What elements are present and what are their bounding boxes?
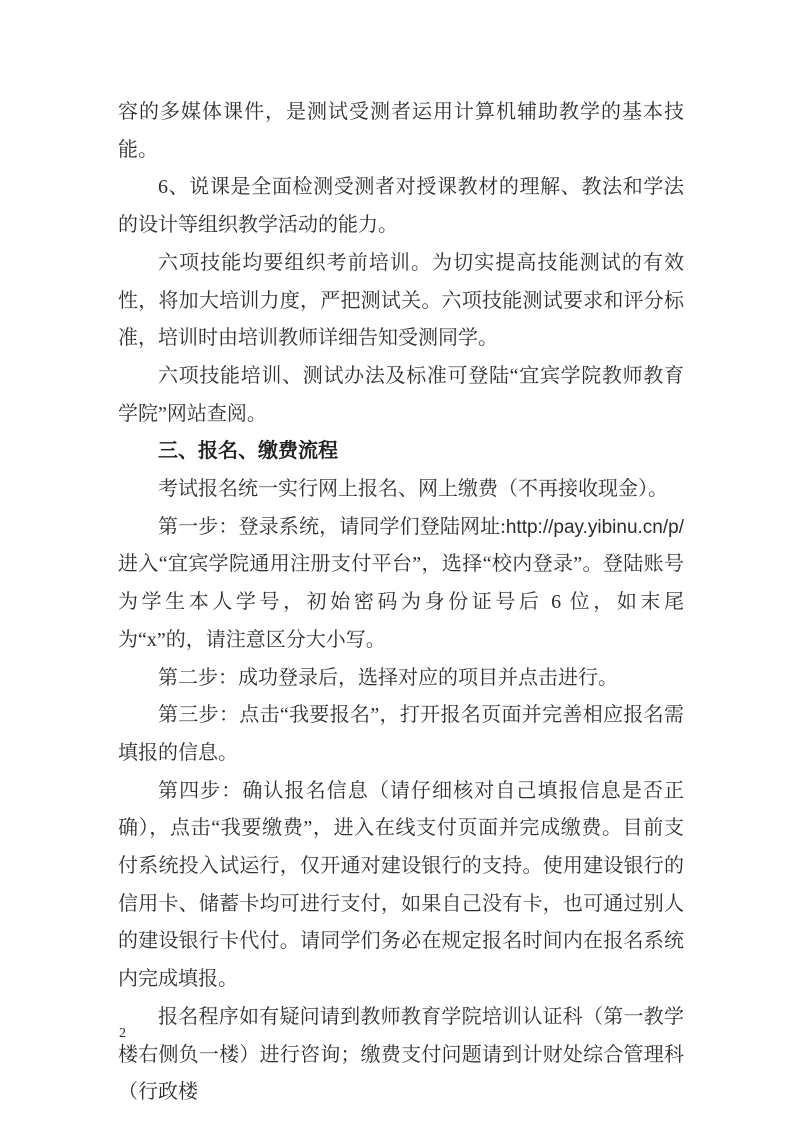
paragraph-step3-register: 第三步：点击“我要报名”，打开报名页面并完善相应报名需填报的信息。: [118, 697, 684, 772]
paragraph-item6-lesson-presentation: 6、说课是全面检测受测者对授课教材的理解、教法和学法的设计等组织教学活动的能力。: [118, 169, 684, 244]
document-content: 容的多媒体课件，是测试受测者运用计算机辅助教学的基本技能。 6、说课是全面检测受…: [118, 94, 684, 1112]
document-page: 容的多媒体课件，是测试受测者运用计算机辅助教学的基本技能。 6、说课是全面检测受…: [0, 0, 800, 1131]
paragraph-step2-select-project: 第二步：成功登录后，选择对应的项目并点击进行。: [118, 660, 684, 698]
page-number: 2: [119, 1024, 126, 1044]
paragraph-step1-login: 第一步：登录系统，请同学们登陆网址:http://pay.yibinu.cn/p…: [118, 509, 684, 660]
step1-text-before: 第一步：登录系统，请同学们登陆网址:: [158, 516, 506, 538]
section-heading-registration-payment-process: 三、报名、缴费流程: [118, 433, 684, 471]
step1-payment-url: http://pay.yibinu.cn/p/: [506, 517, 684, 538]
step1-text-after: 进入“宜宾学院通用注册支付平台”，选择“校内登录”。登陆账号为学生本人学号，初始…: [118, 553, 684, 650]
paragraph-courseware-continuation: 容的多媒体课件，是测试受测者运用计算机辅助教学的基本技能。: [118, 94, 684, 169]
paragraph-website-lookup: 六项技能培训、测试办法及标准可登陆“宜宾学院教师教育学院”网站查阅。: [118, 358, 684, 433]
paragraph-contact-info: 报名程序如有疑问请到教师教育学院培训认证科（第一教学楼右侧负一楼）进行咨询；缴费…: [118, 999, 684, 1112]
paragraph-step4-confirm-and-pay: 第四步：确认报名信息（请仔细核对自己填报信息是否正确），点击“我要缴费”，进入在…: [118, 773, 684, 999]
paragraph-pre-exam-training: 六项技能均要组织考前培训。为切实提高技能测试的有效性，将加大培训力度，严把测试关…: [118, 245, 684, 358]
paragraph-online-registration-notice: 考试报名统一实行网上报名、网上缴费（不再接收现金）。: [118, 471, 684, 509]
